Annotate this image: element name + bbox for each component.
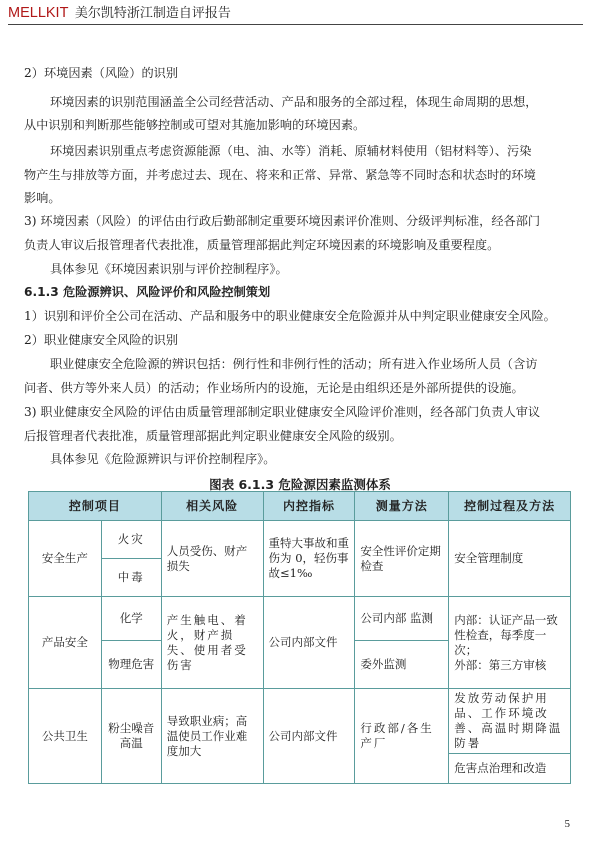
paragraph: 负责人审议后报管理者代表批准，质量管理部据此判定环境因素的环境影响及重要程度。 [24,238,584,253]
paragraph: 从中识别和判断那些能够控制或可望对其施加影响的环境因素。 [24,118,584,133]
process-cell: 安全管理制度 [449,521,571,597]
paragraph: 职业健康安全危险源的辨识包括：例行性和非例行性的活动；所有进入作业场所人员（含访 [24,357,584,372]
sub-item-cell: 化学 [101,597,161,641]
risk-cell: 人员受伤、财产损失 [161,521,263,597]
paragraph: 环境因素识别重点考虑资源能源（电、油、水等）消耗、原辅材料使用（铝材料等）、污染 [24,144,584,159]
table-row: 安全生产 火灾 人员受伤、财产损失 重特大事故和重伤为 0，轻伤事故≤1‰ 安全… [29,521,571,559]
paragraph: 影响。 [24,191,584,206]
paragraph: 3) 环境因素（风险）的评估由行政后勤部制定重要环境因素评价准则、分级评判标准，… [24,214,584,229]
process-external: 外部：第三方审核 [454,658,565,673]
paragraph: 具体参见《危险源辨识与评价控制程序》。 [24,452,584,467]
paragraph: 后报管理者代表批准，质量管理部据此判定职业健康安全风险的级别。 [24,429,584,444]
indicator-cell: 公司内部文件 [263,689,355,784]
paragraph: 具体参见《环境因素识别与评价控制程序》。 [24,262,584,277]
sub-item-cell: 粉尘噪音高温 [101,689,161,784]
col-header: 测量方法 [355,492,449,521]
measure-cell: 公司内部 监测 [355,597,449,641]
sub-item-cell: 物理危害 [101,641,161,689]
indicator-cell: 重特大事故和重伤为 0，轻伤事故≤1‰ [263,521,355,597]
report-title: 美尔凯特浙江制造自评报告 [75,6,231,21]
paragraph: 2）职业健康安全风险的识别 [24,333,584,348]
paragraph: 2）环境因素（风险）的识别 [24,66,584,81]
category-cell: 安全生产 [29,521,102,597]
col-header: 控制过程及方法 [449,492,571,521]
risk-cell: 产生触电、着火，财产损失、使用者受伤害 [161,597,263,689]
indicator-cell: 公司内部文件 [263,597,355,689]
sub-item-cell: 中毒 [101,559,161,597]
risk-cell: 导致职业病；高温使员工作业难度加大 [161,689,263,784]
measure-cell: 委外监测 [355,641,449,689]
table-row: 产品安全 化学 产生触电、着火，财产损失、使用者受伤害 公司内部文件 公司内部 … [29,597,571,641]
measure-cell: 行政部/各生产厂 [355,689,449,784]
brand-name: MELLKIT [8,5,68,21]
paragraph: 问者、供方等外来人员）的活动；作业场所内的设施，无论是由组织还是外部所提供的设施… [24,381,584,396]
paragraph: 1）识别和评价全公司在活动、产品和服务中的职业健康安全危险源并从中判定职业健康安… [24,309,584,324]
paragraph: 环境因素的识别范围涵盖全公司经营活动、产品和服务的全部过程，体现生命周期的思想， [24,95,584,110]
section-heading: 6.1.3 危险源辨识、风险评价和风险控制策划 [24,285,584,300]
process-internal: 内部：认证产品一致性检查，每季度一次； [454,613,565,658]
page-number: 5 [565,818,571,830]
process-cell: 危害点治理和改造 [449,754,571,784]
measure-cell: 安全性评价定期检查 [355,521,449,597]
paragraph: 物产生与排放等方面，并考虑过去、现在、将来和正常、异常、紧急等不同时态和状态时的… [24,168,584,183]
paragraph: 3) 职业健康安全风险的评估由质量管理部制定职业健康安全风险评价准则，经各部门负… [24,405,584,420]
col-header: 内控指标 [263,492,355,521]
table-row: 公共卫生 粉尘噪音高温 导致职业病；高温使员工作业难度加大 公司内部文件 行政部… [29,689,571,754]
col-header: 控制项目 [29,492,162,521]
category-cell: 公共卫生 [29,689,102,784]
process-cell: 内部：认证产品一致性检查，每季度一次； 外部：第三方审核 [449,597,571,689]
col-header: 相关风险 [161,492,263,521]
hazard-monitoring-table: 控制项目 相关风险 内控指标 测量方法 控制过程及方法 安全生产 火灾 人员受伤… [28,491,571,784]
table-header-row: 控制项目 相关风险 内控指标 测量方法 控制过程及方法 [29,492,571,521]
page-header: MELLKIT 美尔凯特浙江制造自评报告 [8,4,583,25]
process-cell: 发放劳动保护用品、工作环境改善、高温时期降温防暑 [449,689,571,754]
sub-item-cell: 火灾 [101,521,161,559]
category-cell: 产品安全 [29,597,102,689]
